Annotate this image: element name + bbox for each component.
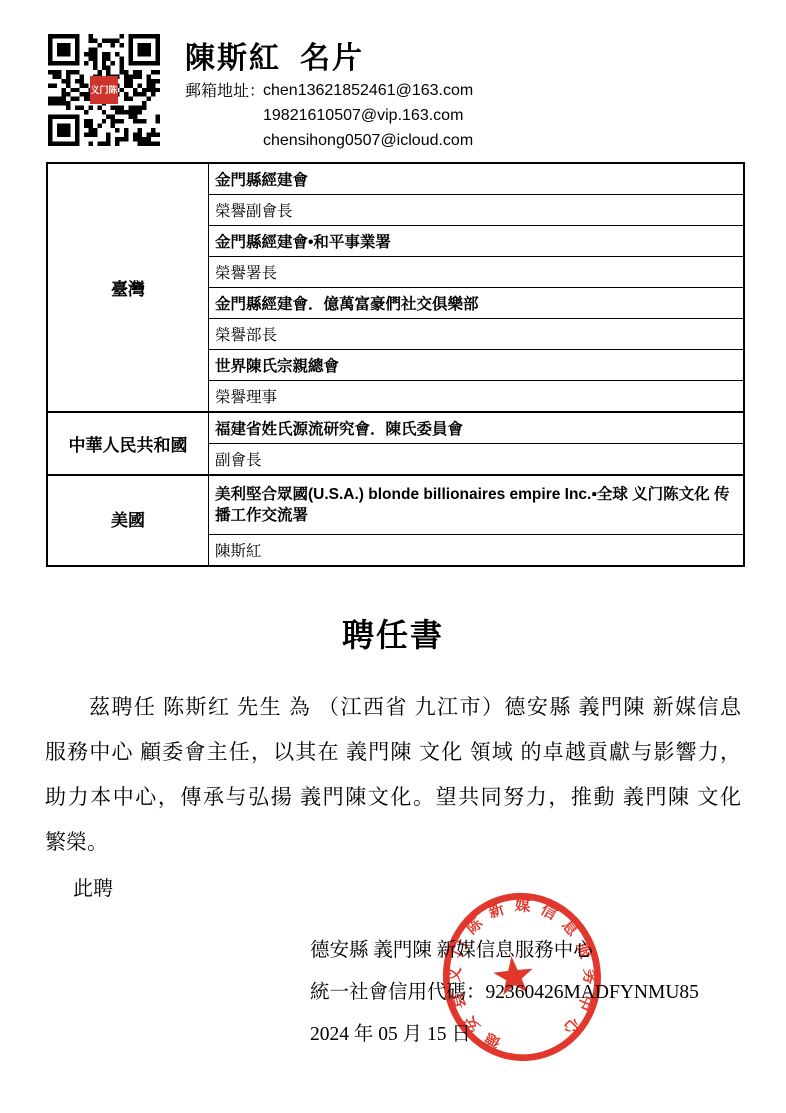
letter-title: 聘任書 (45, 610, 741, 660)
affiliation-table: 臺灣 金門縣經建會 榮譽副會長 金門縣經建會•和平事業署 榮譽署長 金門縣經建會… (46, 162, 745, 567)
org-cell: 世界陳氏宗親總會 (209, 350, 745, 381)
title-cell: 陳斯紅 (209, 535, 745, 567)
region-cell-usa: 美國 (47, 475, 209, 566)
qr-logo-text: 义门陈 (90, 86, 117, 95)
title-cell: 榮譽署長 (209, 257, 745, 288)
email-line: chensihong0507@icloud.com (263, 128, 473, 153)
region-cell-taiwan: 臺灣 (47, 163, 209, 412)
card-title: 陳斯紅 名片 (185, 33, 364, 77)
closing-phrase: 此聘 (73, 872, 113, 901)
email-label: 郵箱地址： (185, 78, 265, 101)
signature-credit-code-line: 統一社會信用代碼：92360426MADFYNMU85 (310, 972, 699, 1014)
email-line: 19821610507@vip.163.com (263, 103, 473, 128)
letter-body: 茲聘任 陈斯红 先生 為 （江西省 九江市）德安縣 義門陳 新媒信息 服務中心 … (45, 685, 741, 865)
qr-code-icon: 义门陈 (48, 34, 160, 146)
email-line: chen13621852461@163.com (263, 78, 473, 103)
org-cell: 金門縣經建會 (209, 163, 745, 195)
body-line: 繁榮。 (45, 820, 741, 865)
document-page: 义门陈 陳斯紅 名片 郵箱地址： chen13621852461@163.com… (0, 0, 786, 1113)
body-line: 助力本中心，傳承与弘揚 義門陳文化。望共同努力，推動 義門陳 文化 (45, 775, 741, 820)
body-line: 茲聘任 陈斯红 先生 為 （江西省 九江市）德安縣 義門陳 新媒信息 (45, 685, 741, 730)
signature-block: 德安縣 義門陳 新媒信息服務中心 統一社會信用代碼：92360426MADFYN… (310, 930, 699, 1056)
org-cell: 福建省姓氏源流研究會．陳氏委員會 (209, 412, 745, 444)
title-cell: 副會長 (209, 444, 745, 476)
signature-org-line: 德安縣 義門陳 新媒信息服務中心 (310, 930, 699, 972)
org-cell: 金門縣經建會•和平事業署 (209, 226, 745, 257)
title-cell: 榮譽副會長 (209, 195, 745, 226)
title-cell: 榮譽部長 (209, 319, 745, 350)
org-cell: 金門縣經建會．億萬富豪們社交俱樂部 (209, 288, 745, 319)
body-line: 服務中心 顧委會主任，以其在 義門陳 文化 領域 的卓越貢獻与影響力， (45, 730, 741, 775)
email-list: chen13621852461@163.com 19821610507@vip.… (263, 78, 473, 153)
title-cell: 榮譽理事 (209, 381, 745, 413)
signature-date-line: 2024 年 05 月 15 日 (310, 1014, 699, 1056)
qr-center-logo: 义门陈 (90, 76, 118, 104)
region-cell-china: 中華人民共和國 (47, 412, 209, 475)
org-cell: 美利堅合眾國(U.S.A.) blonde billionaires empir… (209, 475, 745, 535)
